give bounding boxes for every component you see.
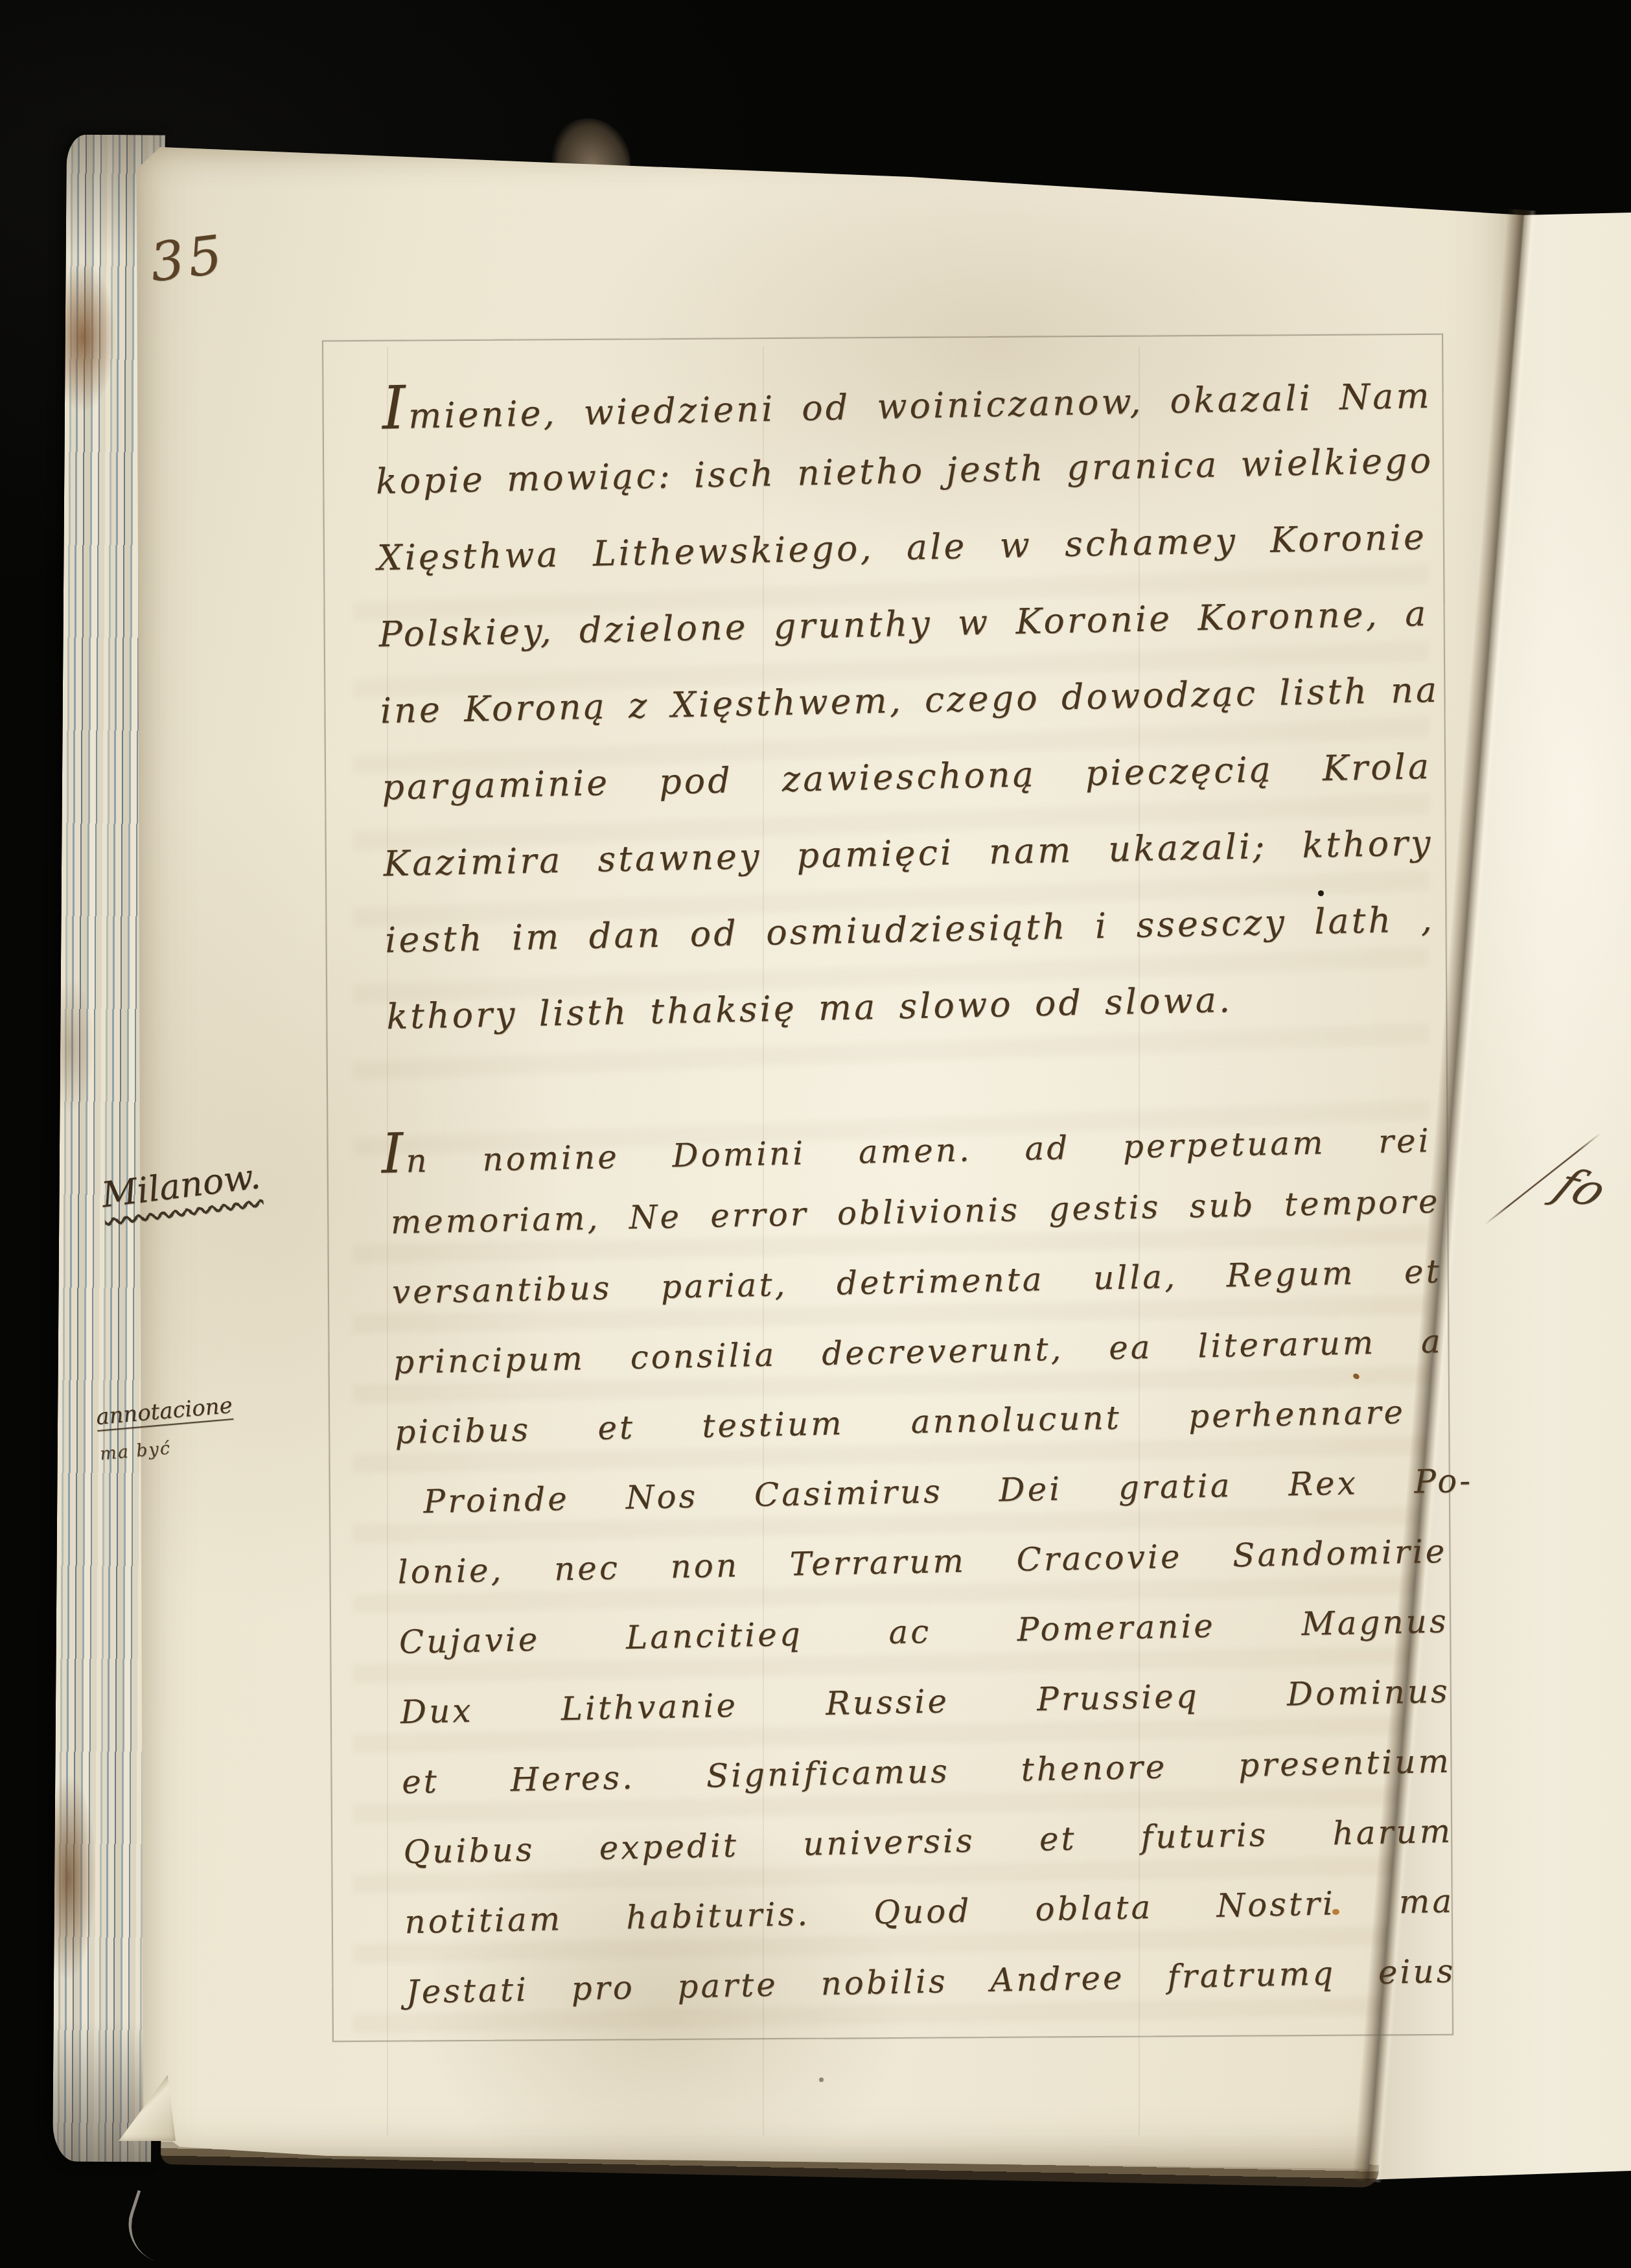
page-number: 35 xyxy=(147,224,229,294)
manuscript-line: Jestati pro parte nobilis Andree fratrum… xyxy=(406,1952,1456,2011)
manuscript-line: ine Koroną z Xięsthwem, czego dowodząc l… xyxy=(380,669,1430,732)
manuscript-line: picibus et testium annolucunt perhennare xyxy=(395,1393,1406,1451)
manuscript-line: notitiam habituris. Quod oblata Nostri m… xyxy=(404,1882,1455,1941)
manuscript-line: pargaminie pod zawieschoną pieczęcią Kro… xyxy=(382,746,1432,808)
manuscript-line: iesth im dan od osmiudziesiąth i ssesczy… xyxy=(384,899,1435,961)
manuscript-text: Imienie, wiedzieni od woiniczanow, okaza… xyxy=(362,336,1484,2042)
manuscript-line: et Heres. Significamus thenore presentiu… xyxy=(402,1742,1452,1801)
manuscript-line: In nomine Domini amen. ad perpetuam rei xyxy=(381,1111,1431,1180)
manuscript-line: principum consilia decreverunt, ea liter… xyxy=(393,1323,1444,1382)
manuscript-line: versantibus pariat, detrimenta ulla, Reg… xyxy=(391,1253,1442,1312)
manuscript-line: Imienie, wiedzieni od woiniczanow, okaza… xyxy=(382,364,1432,437)
manuscript-line: lonie, nec non Terrarum Cracovie Sandomi… xyxy=(397,1533,1448,1591)
ink-speck xyxy=(1318,890,1324,896)
manuscript-line: kthory listh thaksię ma slowo od slowa. xyxy=(386,980,1190,1037)
manuscript-line: Kazimira stawney pamięci nam ukazali; kt… xyxy=(383,822,1433,885)
loose-thread xyxy=(119,2190,181,2263)
manuscript-line: Cujavie Lancitieq ac Pomeranie Magnus xyxy=(399,1603,1449,1661)
foxing-spot xyxy=(1332,1909,1339,1915)
manuscript-line: Proinde Nos Casimirus Dei gratia Rex Po- xyxy=(423,1462,1474,1521)
manuscript-photo: 35 Imienie, wiedzieni od woiniczanow, ok… xyxy=(0,0,1631,2268)
manuscript-line: Xięsthwa Lithewskiego, ale w schamey Kor… xyxy=(377,516,1428,579)
manuscript-line: Polskiey, dzielone grunthy w Koronie Kor… xyxy=(378,593,1429,655)
manuscript-line: kopie mowiąc: isch nietho jesth granica … xyxy=(375,440,1426,502)
ink-speck xyxy=(819,2077,824,2082)
manuscript-line: memoriam, Ne error oblivionis gestis sub… xyxy=(390,1183,1440,1242)
manuscript-line: Dux Lithvanie Russie Prussieq Dominus xyxy=(400,1672,1450,1731)
manuscript-line: Quibus expedit universis et futuris haru… xyxy=(403,1812,1453,1871)
